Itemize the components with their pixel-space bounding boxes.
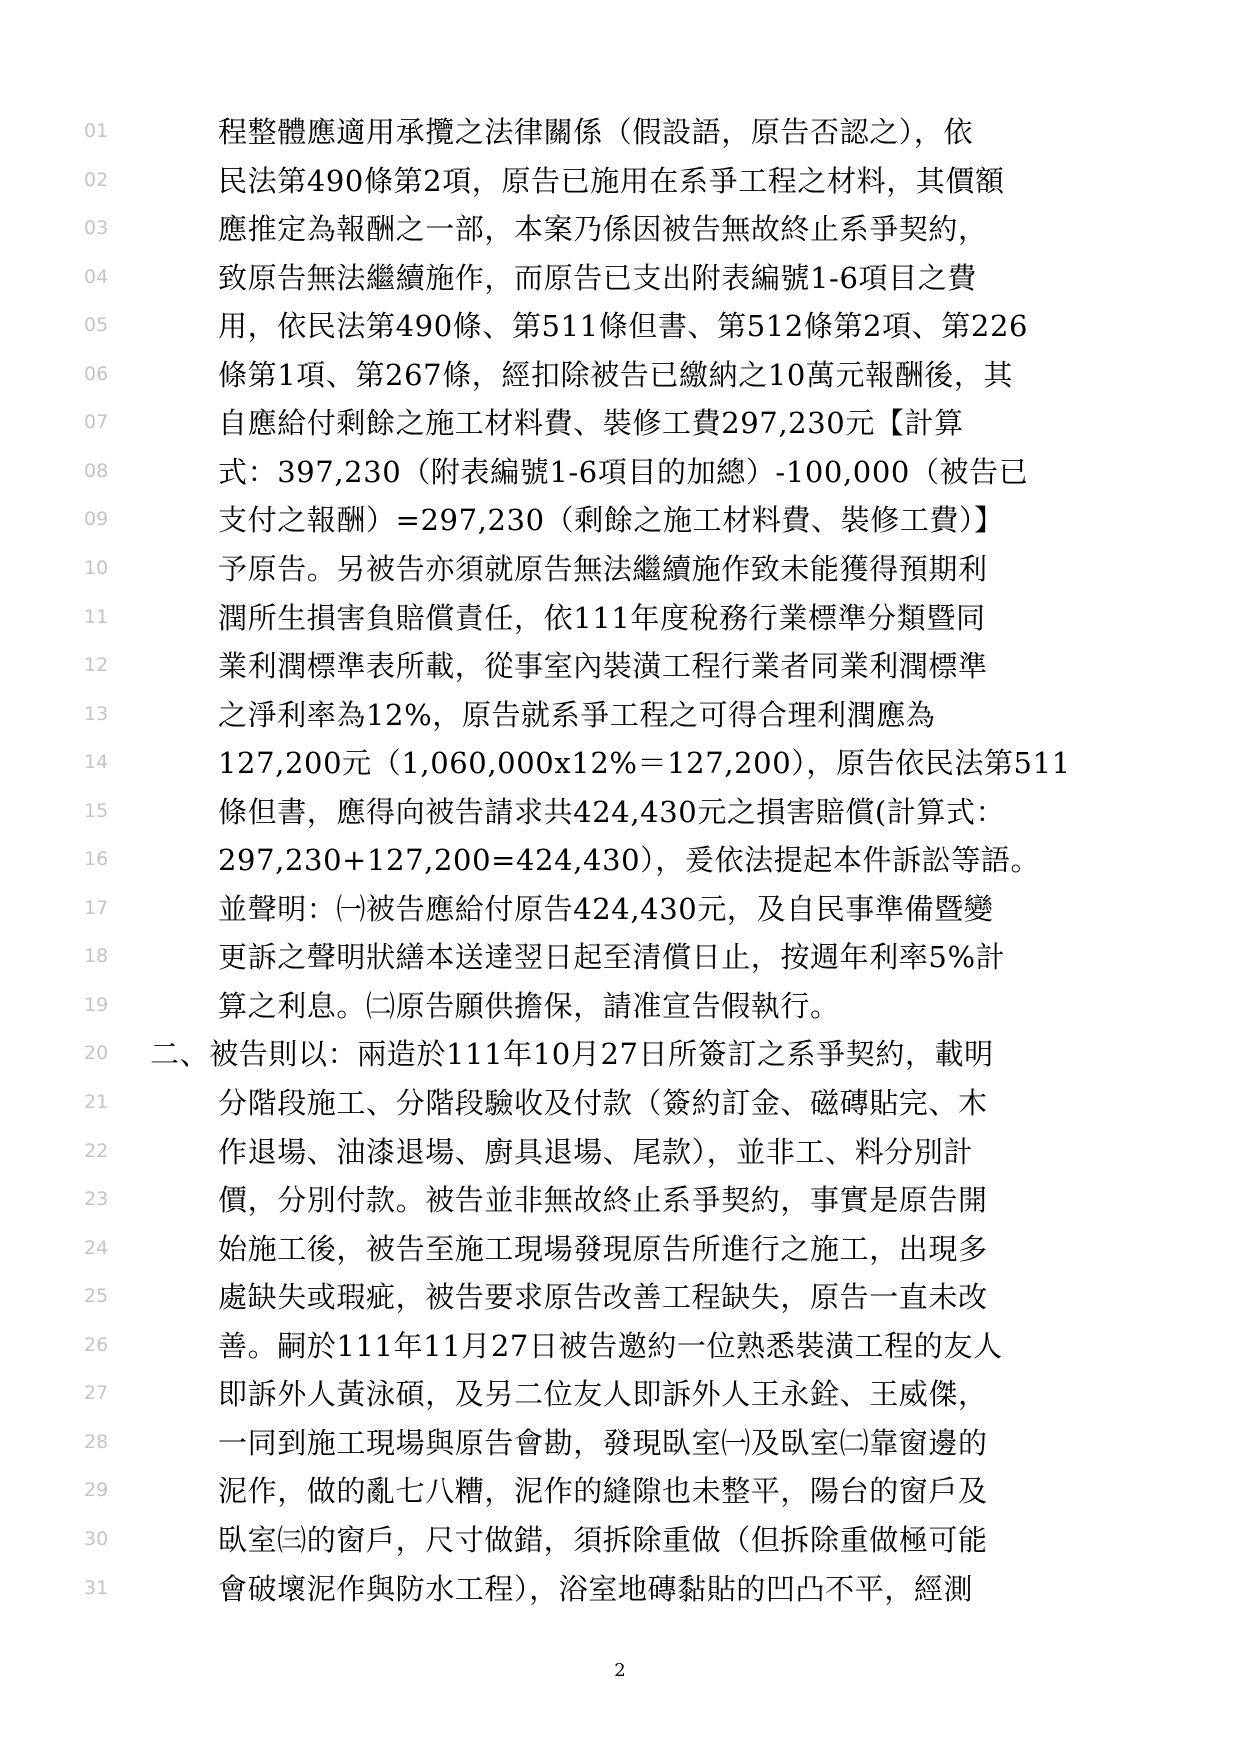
line-number: 28 bbox=[84, 1431, 108, 1453]
document-line: 25處缺失或瑕疵，被告要求原告改善工程缺失，原告一直未改 bbox=[0, 1277, 1240, 1325]
document-line: 26善。嗣於111年11月27日被告邀約一位熟悉裝潢工程的友人 bbox=[0, 1326, 1240, 1374]
document-line: 21分階段施工、分階段驗收及付款（簽約訂金、磁磚貼完、木 bbox=[0, 1083, 1240, 1131]
line-text: 善。嗣於111年11月27日被告邀約一位熟悉裝潢工程的友人 bbox=[218, 1326, 1088, 1366]
document-line: 24始施工後，被告至施工現場發現原告所進行之施工，出現多 bbox=[0, 1229, 1240, 1277]
line-text: 應推定為報酬之一部，本案乃係因被告無故終止系爭契約， bbox=[218, 209, 1088, 249]
line-text: 用，依民法第490條、第511條但書、第512條第2項、第226 bbox=[218, 306, 1088, 346]
line-text: 處缺失或瑕疵，被告要求原告改善工程缺失，原告一直未改 bbox=[218, 1277, 1088, 1317]
line-text: 始施工後，被告至施工現場發現原告所進行之施工，出現多 bbox=[218, 1229, 1088, 1269]
line-number: 14 bbox=[84, 751, 108, 773]
line-number: 15 bbox=[84, 800, 108, 822]
page-number: 2 bbox=[0, 1660, 1240, 1681]
document-line: 09支付之報酬）=297,230（剩餘之施工材料費、裝修工費）】 bbox=[0, 500, 1240, 548]
document-line: 06條第1項、第267條，經扣除被告已繳納之10萬元報酬後，其 bbox=[0, 355, 1240, 403]
line-number: 01 bbox=[84, 120, 108, 142]
line-text: 二、被告則以：兩造於111年10月27日所簽訂之系爭契約，載明 bbox=[150, 1034, 1020, 1074]
document-line: 12業利潤標準表所載，從事室內裝潢工程行業者同業利潤標準 bbox=[0, 646, 1240, 694]
line-text: 潤所生損害負賠償責任，依111年度稅務行業標準分類暨同 bbox=[218, 598, 1088, 638]
line-number: 21 bbox=[84, 1091, 108, 1113]
line-text: 臥室㈢的窗戶，尺寸做錯，須拆除重做（但拆除重做極可能 bbox=[218, 1520, 1088, 1560]
line-text: 更訴之聲明狀繕本送達翌日起至清償日止，按週年利率5%計 bbox=[218, 937, 1088, 977]
line-text: 業利潤標準表所載，從事室內裝潢工程行業者同業利潤標準 bbox=[218, 646, 1088, 686]
line-text: 127,200元（1,060,000x12%＝127,200），原告依民法第51… bbox=[218, 743, 1088, 783]
line-number: 22 bbox=[84, 1140, 108, 1162]
document-line: 14127,200元（1,060,000x12%＝127,200），原告依民法第… bbox=[0, 743, 1240, 791]
line-number: 13 bbox=[84, 703, 108, 725]
line-number: 17 bbox=[84, 897, 108, 919]
line-number: 29 bbox=[84, 1479, 108, 1501]
document-line: 20二、被告則以：兩造於111年10月27日所簽訂之系爭契約，載明 bbox=[0, 1034, 1240, 1082]
line-text: 自應給付剩餘之施工材料費、裝修工費297,230元【計算 bbox=[218, 403, 1088, 443]
document-line: 27即訴外人黃泳碩，及另二位友人即訴外人王永銓、王威傑， bbox=[0, 1374, 1240, 1422]
line-number: 10 bbox=[84, 557, 108, 579]
line-number: 03 bbox=[84, 217, 108, 239]
line-text: 價，分別付款。被告並非無故終止系爭契約，事實是原告開 bbox=[218, 1180, 1088, 1220]
document-line: 04致原告無法繼續施作，而原告已支出附表編號1-6項目之費 bbox=[0, 258, 1240, 306]
line-text: 並聲明：㈠被告應給付原告424,430元，及自民事準備暨變 bbox=[218, 889, 1088, 929]
document-line: 22作退場、油漆退場、廚具退場、尾款），並非工、料分別計 bbox=[0, 1132, 1240, 1180]
document-line: 11潤所生損害負賠償責任，依111年度稅務行業標準分類暨同 bbox=[0, 598, 1240, 646]
line-number: 25 bbox=[84, 1285, 108, 1307]
document-line: 28一同到施工現場與原告會勘，發現臥室㈠及臥室㈡靠窗邊的 bbox=[0, 1423, 1240, 1471]
line-text: 分階段施工、分階段驗收及付款（簽約訂金、磁磚貼完、木 bbox=[218, 1083, 1088, 1123]
document-line: 19算之利息。㈡原告願供擔保，請准宣告假執行。 bbox=[0, 986, 1240, 1034]
line-text: 297,230+127,200=424,430），爰依法提起本件訴訟等語。 bbox=[218, 840, 1088, 880]
line-text: 程整體應適用承攬之法律關係（假設語，原告否認之），依 bbox=[218, 112, 1088, 152]
line-text: 泥作，做的亂七八糟，泥作的縫隙也未整平，陽台的窗戶及 bbox=[218, 1471, 1088, 1511]
document-line: 05用，依民法第490條、第511條但書、第512條第2項、第226 bbox=[0, 306, 1240, 354]
document-line: 02民法第490條第2項，原告已施用在系爭工程之材料，其價額 bbox=[0, 161, 1240, 209]
document-line: 31會破壞泥作與防水工程），浴室地磚黏貼的凹凸不平，經測 bbox=[0, 1569, 1240, 1617]
line-number: 07 bbox=[84, 411, 108, 433]
line-text: 之淨利率為12%，原告就系爭工程之可得合理利潤應為 bbox=[218, 695, 1088, 735]
document-line: 29泥作，做的亂七八糟，泥作的縫隙也未整平，陽台的窗戶及 bbox=[0, 1471, 1240, 1519]
document-line: 16297,230+127,200=424,430），爰依法提起本件訴訟等語。 bbox=[0, 840, 1240, 888]
line-number: 06 bbox=[84, 363, 108, 385]
line-text: 條第1項、第267條，經扣除被告已繳納之10萬元報酬後，其 bbox=[218, 355, 1088, 395]
line-number: 26 bbox=[84, 1334, 108, 1356]
document-line: 15條但書，應得向被告請求共424,430元之損害賠償(計算式： bbox=[0, 792, 1240, 840]
document-line: 08式：397,230（附表編號1-6項目的加總）-100,000（被告已 bbox=[0, 452, 1240, 500]
document-line: 18更訴之聲明狀繕本送達翌日起至清償日止，按週年利率5%計 bbox=[0, 937, 1240, 985]
line-number: 30 bbox=[84, 1528, 108, 1550]
line-number: 05 bbox=[84, 314, 108, 336]
line-number: 31 bbox=[84, 1577, 108, 1599]
document-page: 01程整體應適用承攬之法律關係（假設語，原告否認之），依02民法第490條第2項… bbox=[0, 0, 1240, 1755]
line-text: 會破壞泥作與防水工程），浴室地磚黏貼的凹凸不平，經測 bbox=[218, 1569, 1088, 1609]
line-number: 18 bbox=[84, 945, 108, 967]
line-text: 即訴外人黃泳碩，及另二位友人即訴外人王永銓、王威傑， bbox=[218, 1374, 1088, 1414]
document-line: 13之淨利率為12%，原告就系爭工程之可得合理利潤應為 bbox=[0, 695, 1240, 743]
line-number: 08 bbox=[84, 460, 108, 482]
line-text: 支付之報酬）=297,230（剩餘之施工材料費、裝修工費）】 bbox=[218, 500, 1088, 540]
line-text: 算之利息。㈡原告願供擔保，請准宣告假執行。 bbox=[218, 986, 1088, 1026]
line-number: 20 bbox=[84, 1042, 108, 1064]
line-text: 條但書，應得向被告請求共424,430元之損害賠償(計算式： bbox=[218, 792, 1088, 832]
line-number: 09 bbox=[84, 508, 108, 530]
document-line: 01程整體應適用承攬之法律關係（假設語，原告否認之），依 bbox=[0, 112, 1240, 160]
line-number: 12 bbox=[84, 654, 108, 676]
line-number: 16 bbox=[84, 848, 108, 870]
document-line: 17並聲明：㈠被告應給付原告424,430元，及自民事準備暨變 bbox=[0, 889, 1240, 937]
line-number: 11 bbox=[84, 606, 108, 628]
line-text: 予原告。另被告亦須就原告無法繼續施作致未能獲得預期利 bbox=[218, 549, 1088, 589]
document-line: 07自應給付剩餘之施工材料費、裝修工費297,230元【計算 bbox=[0, 403, 1240, 451]
line-text: 致原告無法繼續施作，而原告已支出附表編號1-6項目之費 bbox=[218, 258, 1088, 298]
line-text: 民法第490條第2項，原告已施用在系爭工程之材料，其價額 bbox=[218, 161, 1088, 201]
line-number: 04 bbox=[84, 266, 108, 288]
line-text: 一同到施工現場與原告會勘，發現臥室㈠及臥室㈡靠窗邊的 bbox=[218, 1423, 1088, 1463]
line-text: 式：397,230（附表編號1-6項目的加總）-100,000（被告已 bbox=[218, 452, 1088, 492]
document-line: 30臥室㈢的窗戶，尺寸做錯，須拆除重做（但拆除重做極可能 bbox=[0, 1520, 1240, 1568]
line-number: 23 bbox=[84, 1188, 108, 1210]
line-number: 19 bbox=[84, 994, 108, 1016]
document-line: 10予原告。另被告亦須就原告無法繼續施作致未能獲得預期利 bbox=[0, 549, 1240, 597]
line-number: 24 bbox=[84, 1237, 108, 1259]
document-line: 23價，分別付款。被告並非無故終止系爭契約，事實是原告開 bbox=[0, 1180, 1240, 1228]
line-number: 27 bbox=[84, 1382, 108, 1404]
line-text: 作退場、油漆退場、廚具退場、尾款），並非工、料分別計 bbox=[218, 1132, 1088, 1172]
document-line: 03應推定為報酬之一部，本案乃係因被告無故終止系爭契約， bbox=[0, 209, 1240, 257]
line-number: 02 bbox=[84, 169, 108, 191]
